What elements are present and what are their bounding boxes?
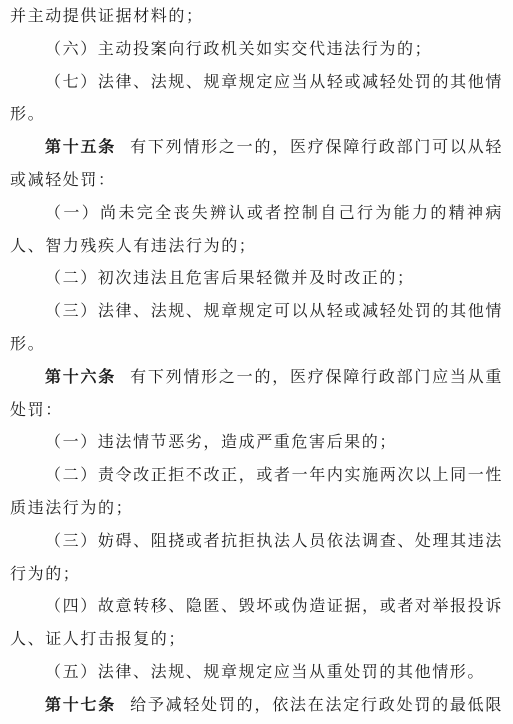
clause-item-2: （二）责令改正拒不改正，或者一年内实施两次以上同一性质违法行为的； bbox=[10, 460, 503, 526]
article-16-heading: 第十六条 bbox=[45, 369, 116, 386]
clause-item-4: （四）故意转移、隐匿、毁坏或伪造证据，或者对举报投诉人、证人打击报复的； bbox=[10, 591, 503, 657]
clause-item-7: （七）法律、法规、规章规定应当从轻或减轻处罚的其他情形。 bbox=[10, 67, 503, 133]
clause-item-1: （一）尚未完全丧失辨认或者控制自己行为能力的精神病人、智力残疾人有违法行为的； bbox=[10, 198, 503, 264]
paragraph-text: （一）尚未完全丧失辨认或者控制自己行为能力的精神病人、智力残疾人有违法行为的； bbox=[10, 205, 503, 255]
paragraph-text: 并主动提供证据材料的； bbox=[10, 8, 204, 25]
clause-item-2: （二）初次违法且危害后果轻微并及时改正的； bbox=[10, 263, 503, 296]
paragraph-text: （二）责令改正拒不改正，或者一年内实施两次以上同一性质违法行为的； bbox=[10, 467, 503, 517]
paragraph-text: （三）妨碍、阻挠或者抗拒执法人员依法调查、处理其违法行为的； bbox=[10, 533, 503, 583]
clause-item-3: （三）法律、法规、规章规定可以从轻或减轻处罚的其他情形。 bbox=[10, 296, 503, 362]
clause-item-1: （一）违法情节恶劣，造成严重危害后果的； bbox=[10, 427, 503, 460]
article-16: 第十六条有下列情形之一的，医疗保障行政部门应当从重处罚： bbox=[10, 362, 503, 428]
clause-item-3: （三）妨碍、阻挠或者抗拒执法人员依法调查、处理其违法行为的； bbox=[10, 526, 503, 592]
paragraph-text: （五）法律、法规、规章规定应当从重处罚的其他情形。 bbox=[45, 664, 485, 681]
clause-item-6: （六）主动投案向行政机关如实交代违法行为的； bbox=[10, 34, 503, 67]
article-17: 第十七条给予减轻处罚的，依法在法定行政处罚的最低限 bbox=[10, 690, 503, 723]
paragraph-text: （三）法律、法规、规章规定可以从轻或减轻处罚的其他情形。 bbox=[10, 303, 503, 353]
paragraph-text: （七）法律、法规、规章规定应当从轻或减轻处罚的其他情形。 bbox=[10, 74, 503, 124]
paragraph-text: （一）违法情节恶劣，造成严重危害后果的； bbox=[45, 434, 397, 451]
article-15: 第十五条有下列情形之一的，医疗保障行政部门可以从轻或减轻处罚： bbox=[10, 132, 503, 198]
paragraph-text: （四）故意转移、隐匿、毁坏或伪造证据，或者对举报投诉人、证人打击报复的； bbox=[10, 598, 503, 648]
article-17-heading: 第十七条 bbox=[45, 697, 116, 714]
document-page: 并主动提供证据材料的； （六）主动投案向行政机关如实交代违法行为的； （七）法律… bbox=[0, 0, 513, 724]
article-15-heading: 第十五条 bbox=[45, 139, 116, 156]
clause-item-5: （五）法律、法规、规章规定应当从重处罚的其他情形。 bbox=[10, 657, 503, 690]
paragraph-text: （六）主动投案向行政机关如实交代违法行为的； bbox=[45, 41, 432, 58]
paragraph-text: 给予减轻处罚的，依法在法定行政处罚的最低限 bbox=[130, 697, 503, 714]
paragraph-continuation: 并主动提供证据材料的； bbox=[10, 1, 503, 34]
paragraph-text: （二）初次违法且危害后果轻微并及时改正的； bbox=[45, 270, 415, 287]
